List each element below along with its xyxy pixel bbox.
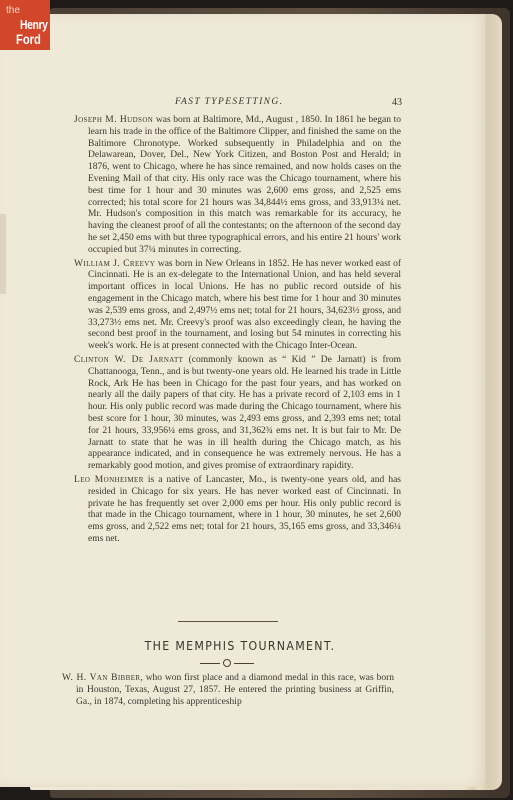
gutter-shadow — [0, 214, 6, 294]
logo-text-ford: Ford — [16, 32, 41, 46]
entry-van-bibber: W. H. Van Bibber, who won first place an… — [62, 673, 394, 708]
entry-name: W. H. Van Bibber — [62, 673, 140, 683]
entry-text: (commonly known as “ Kid ” De Jarnatt) i… — [88, 355, 401, 471]
entry-name: Clinton W. De Jarnatt — [74, 355, 183, 365]
entry-de-jarnatt: Clinton W. De Jarnatt (commonly known as… — [74, 355, 401, 473]
section-divider — [178, 621, 278, 622]
entry-text: is a native of Lancaster, Mo., is twenty… — [88, 475, 401, 544]
entry-hudson: Joseph M. Hudson was born at Baltimore, … — [74, 115, 401, 257]
ornament-line-left — [200, 663, 220, 664]
entry-text: was born in New Orleans in 1852. He has … — [88, 259, 401, 352]
section-title: THE MEMPHIS TOURNAMENT. — [82, 638, 399, 653]
running-head: FAST TYPESETTING. — [175, 97, 283, 107]
logo-text-the: the — [6, 6, 20, 16]
henry-ford-logo: the Henry Ford — [0, 0, 50, 50]
entry-monheimer: Leo Monheimer is a native of Lancaster, … — [74, 475, 401, 546]
entry-name: Leo Monheimer — [74, 475, 144, 485]
entry-text: was born at Baltimore, Md., August , 185… — [88, 115, 401, 255]
biographies: Joseph M. Hudson was born at Baltimore, … — [74, 115, 401, 548]
ornament-line-right — [234, 663, 254, 664]
ornament-circle-icon — [223, 659, 231, 667]
entry-creevy: William J. Creevy was born in New Orlean… — [74, 259, 401, 353]
page-number: 43 — [392, 97, 402, 108]
entry-name: William J. Creevy — [74, 259, 155, 269]
entry-name: Joseph M. Hudson — [74, 115, 153, 125]
memphis-biographies: W. H. Van Bibber, who won first place an… — [62, 673, 394, 710]
ornament-divider-icon — [200, 658, 256, 670]
logo-text-henry: Henry — [20, 18, 47, 31]
